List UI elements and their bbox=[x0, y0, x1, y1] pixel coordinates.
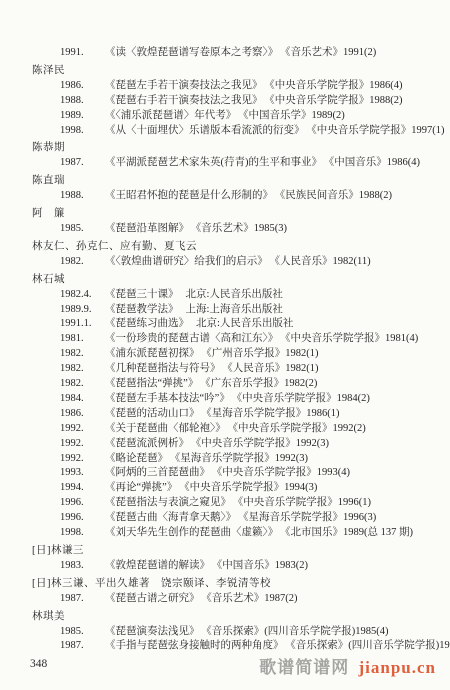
entry-year: 1981. bbox=[60, 332, 96, 347]
entry-source: 《音乐艺术》1991(2) bbox=[285, 47, 376, 58]
author-line: 陈直瑞 bbox=[32, 174, 444, 189]
entry-source: 《中国音乐》1986(4) bbox=[329, 157, 420, 168]
entry-source: 北京:人民音乐出版社 bbox=[196, 318, 293, 329]
entry-year: 1988. bbox=[60, 94, 96, 109]
entry-source: 《中央音乐学院学报》1994(3) bbox=[184, 482, 317, 493]
entry-year: 1982. bbox=[60, 255, 96, 270]
entry-source: 《音乐探索》(四川音乐学院学报)1985(4) bbox=[207, 626, 389, 637]
entry-title: 《〈浦乐派琵琶谱〉年代考》 bbox=[105, 110, 236, 121]
entry-title: 《平湖派琵琶艺术家朱英(荇青)的生平和事业》 bbox=[105, 157, 322, 168]
entry-year: 1987. bbox=[60, 639, 96, 654]
bibliography-entry: 1992.《略论琵琶》《星海音乐学院学报》1992(3) bbox=[32, 452, 444, 467]
bibliography-entry: 1996.《琵琶古曲〈海青拿天鹅〉》《星海音乐学院学报》1996(3) bbox=[32, 511, 444, 526]
entry-source: 北京:人民音乐出版社 bbox=[186, 289, 283, 300]
bibliography-entry: 1998.《从〈十面埋伏〉乐谱版本看流派的衍变》《中央音乐学院学报》1997(1… bbox=[32, 124, 444, 139]
entry-title: 《关于琵琶曲〈郁轮袍〉》 bbox=[105, 423, 226, 434]
author-line: 阿 簾 bbox=[32, 207, 444, 222]
entry-source: 《星海音乐学院学报》1996(3) bbox=[243, 512, 376, 523]
entry-source: 《北市国乐》1989(总 137 期) bbox=[285, 527, 413, 538]
entry-year: 1993. bbox=[60, 466, 96, 481]
watermark: 歌谱简谱网 jianpu.cn bbox=[259, 653, 436, 678]
entry-title: 《琵琶三十课》 bbox=[105, 289, 179, 300]
bibliography-entry: 1982.《浦东派琵琶初探》《广州音乐学报》1982(1) bbox=[32, 347, 444, 362]
entry-source: 《中央音乐学院学报》1981(4) bbox=[285, 333, 418, 344]
author-line: [日]林谦三 bbox=[32, 544, 444, 559]
entry-year: 1996. bbox=[60, 496, 96, 511]
author-line: 林石城 bbox=[32, 273, 444, 288]
entry-title: 《浦东派琵琶初探》 bbox=[105, 348, 200, 359]
entry-year: 1989. bbox=[60, 109, 96, 124]
bibliography-entry: 1987.《平湖派琵琶艺术家朱英(荇青)的生平和事业》《中国音乐》1986(4) bbox=[32, 156, 444, 171]
bibliography-entry: 1989.9.《琵琶教学法》上海:上海音乐出版社 bbox=[32, 303, 444, 318]
bibliography-entry: 1988.《王昭君怀抱的琵琶是什么形制的》《民族民间音乐》1988(2) bbox=[32, 189, 444, 204]
entry-title: 《再论“弹挑”》 bbox=[105, 482, 177, 493]
bibliography-list: 1991.《读〈敦煌琵琶谱写卷原本之考察〉》《音乐艺术》1991(2)陈泽民19… bbox=[32, 46, 444, 654]
entry-source: 《中国音乐》1983(2) bbox=[217, 560, 308, 571]
entry-source: 《中央音乐学院学报》1997(1) bbox=[312, 125, 445, 136]
page-number: 348 bbox=[30, 658, 47, 670]
entry-year: 1987. bbox=[60, 156, 96, 171]
entry-title: 《琵琶指法“弹挑”》 bbox=[105, 378, 198, 389]
entry-year: 1992. bbox=[60, 437, 96, 452]
entry-title: 《从〈十面埋伏〉乐谱版本看流派的衍变》 bbox=[105, 125, 305, 136]
entry-title: 《琵琶古谱之研究》 bbox=[105, 593, 200, 604]
entry-title: 《手指与琵琶弦身接触时的两种角度》 bbox=[105, 640, 284, 651]
entry-source: 上海:上海音乐出版社 bbox=[186, 304, 283, 315]
entry-title: 《刘天华先生创作的琵琶曲〈虚籁〉》 bbox=[105, 527, 278, 538]
author-line: 陈恭期 bbox=[32, 141, 444, 156]
entry-title: 《阿炳的三首琵琶曲》 bbox=[105, 467, 210, 478]
entry-source: 《星海音乐学院学报》1986(1) bbox=[207, 408, 340, 419]
entry-source: 《音乐探索》(四川音乐学院学报)1987(4) bbox=[291, 640, 450, 651]
entry-year: 1982. bbox=[60, 377, 96, 392]
entry-title: 《王昭君怀抱的琵琶是什么形制的》 bbox=[105, 190, 273, 201]
entry-year: 1991. bbox=[60, 46, 96, 61]
entry-year: 1998. bbox=[60, 526, 96, 541]
entry-title: 《琵琶指法与表演之窥见》 bbox=[105, 497, 231, 508]
bibliography-entry: 1985.《琵琶沿革图解》《音乐艺术》1985(3) bbox=[32, 222, 444, 237]
entry-year: 1992. bbox=[60, 452, 96, 467]
entry-source: 《中央音乐学院学报》1993(4) bbox=[217, 467, 350, 478]
entry-source: 《人民音乐》1982(11) bbox=[275, 256, 371, 267]
entry-title: 《琵琶教学法》 bbox=[105, 304, 179, 315]
entry-title: 《琵琶沿革图解》 bbox=[105, 223, 189, 234]
book-page: 1991.《读〈敦煌琵琶谱写卷原本之考察〉》《音乐艺术》1991(2)陈泽民19… bbox=[0, 0, 450, 690]
entry-year: 1987. bbox=[60, 592, 96, 607]
bibliography-entry: 1989.《〈浦乐派琵琶谱〉年代考》《中国音乐学》1989(2) bbox=[32, 109, 444, 124]
entry-title: 《琵琶右手若干演奏技法之我见》 bbox=[105, 95, 263, 106]
entry-year: 1986. bbox=[60, 79, 96, 94]
entry-source: 《中央音乐学院学报》1988(2) bbox=[270, 95, 403, 106]
bibliography-entry: 1982.4.《琵琶三十课》北京:人民音乐出版社 bbox=[32, 288, 444, 303]
entry-source: 《中国音乐学》1989(2) bbox=[243, 110, 345, 121]
entry-title: 《〈敦煌曲谱研究〉给我们的启示》 bbox=[105, 256, 268, 267]
entry-year: 1992. bbox=[60, 422, 96, 437]
bibliography-entry: 1982.《〈敦煌曲谱研究〉给我们的启示》《人民音乐》1982(11) bbox=[32, 255, 444, 270]
entry-title: 《几种琵琶指法与符号》 bbox=[105, 363, 221, 374]
bibliography-entry: 1993.《阿炳的三首琵琶曲》《中央音乐学院学报》1993(4) bbox=[32, 466, 444, 481]
entry-title: 《琵琶流派例析》 bbox=[105, 438, 189, 449]
bibliography-entry: 1983.《敦煌琵琶谱的解读》《中国音乐》1983(2) bbox=[32, 559, 444, 574]
entry-year: 1988. bbox=[60, 189, 96, 204]
entry-title: 《一份珍贵的琵琶古谱〈高和江东〉》 bbox=[105, 333, 278, 344]
entry-year: 1985. bbox=[60, 222, 96, 237]
bibliography-entry: 1992.《琵琶流派例析》《中央音乐学院学报》1992(3) bbox=[32, 437, 444, 452]
author-line: 林琪美 bbox=[32, 610, 444, 625]
entry-year: 1984. bbox=[60, 392, 96, 407]
entry-year: 1998. bbox=[60, 124, 96, 139]
entry-year: 1989.9. bbox=[60, 303, 96, 318]
bibliography-entry: 1985.《琵琶演奏法浅见》《音乐探索》(四川音乐学院学报)1985(4) bbox=[32, 625, 444, 640]
bibliography-entry: 1996.《琵琶指法与表演之窥见》《中央音乐学院学报》1996(1) bbox=[32, 496, 444, 511]
entry-year: 1982. bbox=[60, 347, 96, 362]
entry-title: 《琵琶的活动山口》 bbox=[105, 408, 200, 419]
bibliography-entry: 1998.《刘天华先生创作的琵琶曲〈虚籁〉》《北市国乐》1989(总 137 期… bbox=[32, 526, 444, 541]
bibliography-entry: 1991.《读〈敦煌琵琶谱写卷原本之考察〉》《音乐艺术》1991(2) bbox=[32, 46, 444, 61]
watermark-site-url: jianpu.cn bbox=[359, 658, 437, 677]
bibliography-entry: 1991.1.《琵琶练习曲选》北京:人民音乐出版社 bbox=[32, 317, 444, 332]
author-line: [日]林三谦、平出久雄著 饶宗颐译、李锐清等校 bbox=[32, 577, 444, 592]
bibliography-entry: 1984.《琵琶左手基本技法“吟”》《中央音乐学院学报》1984(2) bbox=[32, 392, 444, 407]
entry-year: 1991.1. bbox=[60, 317, 96, 332]
bibliography-entry: 1982.《几种琵琶指法与符号》《人民音乐》1982(1) bbox=[32, 362, 444, 377]
entry-source: 《中央音乐学院学报》1996(1) bbox=[238, 497, 371, 508]
bibliography-entry: 1994.《再论“弹挑”》《中央音乐学院学报》1994(3) bbox=[32, 481, 444, 496]
entry-title: 《琵琶演奏法浅见》 bbox=[105, 626, 200, 637]
bibliography-entry: 1992.《关于琵琶曲〈郁轮袍〉》《中央音乐学院学报》1992(2) bbox=[32, 422, 444, 437]
entry-title: 《琵琶左手基本技法“吟”》 bbox=[105, 393, 230, 404]
author-line: 林友仁、孙克仁、应有勤、夏飞云 bbox=[32, 240, 444, 255]
bibliography-entry: 1982.《琵琶指法“弹挑”》《广东音乐学报》1982(2) bbox=[32, 377, 444, 392]
author-line: 陈泽民 bbox=[32, 64, 444, 79]
entry-year: 1982. bbox=[60, 362, 96, 377]
bibliography-entry: 1981.《一份珍贵的琵琶古谱〈高和江东〉》《中央音乐学院学报》1981(4) bbox=[32, 332, 444, 347]
entry-year: 1985. bbox=[60, 625, 96, 640]
watermark-site-name: 歌谱简谱网 bbox=[259, 658, 349, 677]
entry-year: 1994. bbox=[60, 481, 96, 496]
entry-source: 《广州音乐学报》1982(1) bbox=[207, 348, 319, 359]
entry-source: 《音乐艺术》1987(2) bbox=[207, 593, 298, 604]
entry-source: 《中央音乐学院学报》1984(2) bbox=[237, 393, 370, 404]
bibliography-entry: 1988.《琵琶右手若干演奏技法之我见》《中央音乐学院学报》1988(2) bbox=[32, 94, 444, 109]
entry-year: 1983. bbox=[60, 559, 96, 574]
entry-year: 1982.4. bbox=[60, 288, 96, 303]
entry-title: 《琵琶练习曲选》 bbox=[105, 318, 189, 329]
entry-source: 《人民音乐》1982(1) bbox=[228, 363, 319, 374]
entry-year: 1996. bbox=[60, 511, 96, 526]
entry-source: 《中央音乐学院学报》1992(2) bbox=[233, 423, 366, 434]
entry-source: 《音乐艺术》1985(3) bbox=[196, 223, 287, 234]
entry-year: 1986. bbox=[60, 407, 96, 422]
entry-source: 《星海音乐学院学报》1992(3) bbox=[175, 453, 308, 464]
entry-title: 《琵琶左手若干演奏技法之我见》 bbox=[105, 80, 263, 91]
bibliography-entry: 1986.《琵琶左手若干演奏技法之我见》《中央音乐学院学报》1986(4) bbox=[32, 79, 444, 94]
entry-source: 《广东音乐学报》1982(2) bbox=[205, 378, 317, 389]
entry-source: 《民族民间音乐》1988(2) bbox=[280, 190, 392, 201]
entry-title: 《略论琵琶》 bbox=[105, 453, 168, 464]
bibliography-entry: 1987.《琵琶古谱之研究》《音乐艺术》1987(2) bbox=[32, 592, 444, 607]
entry-source: 《中央音乐学院学报》1986(4) bbox=[270, 80, 403, 91]
entry-title: 《琵琶古曲〈海青拿天鹅〉》 bbox=[105, 512, 236, 523]
bibliography-entry: 1986.《琵琶的活动山口》《星海音乐学院学报》1986(1) bbox=[32, 407, 444, 422]
entry-title: 《读〈敦煌琵琶谱写卷原本之考察〉》 bbox=[105, 47, 278, 58]
entry-source: 《中央音乐学院学报》1992(3) bbox=[196, 438, 329, 449]
entry-title: 《敦煌琵琶谱的解读》 bbox=[105, 560, 210, 571]
